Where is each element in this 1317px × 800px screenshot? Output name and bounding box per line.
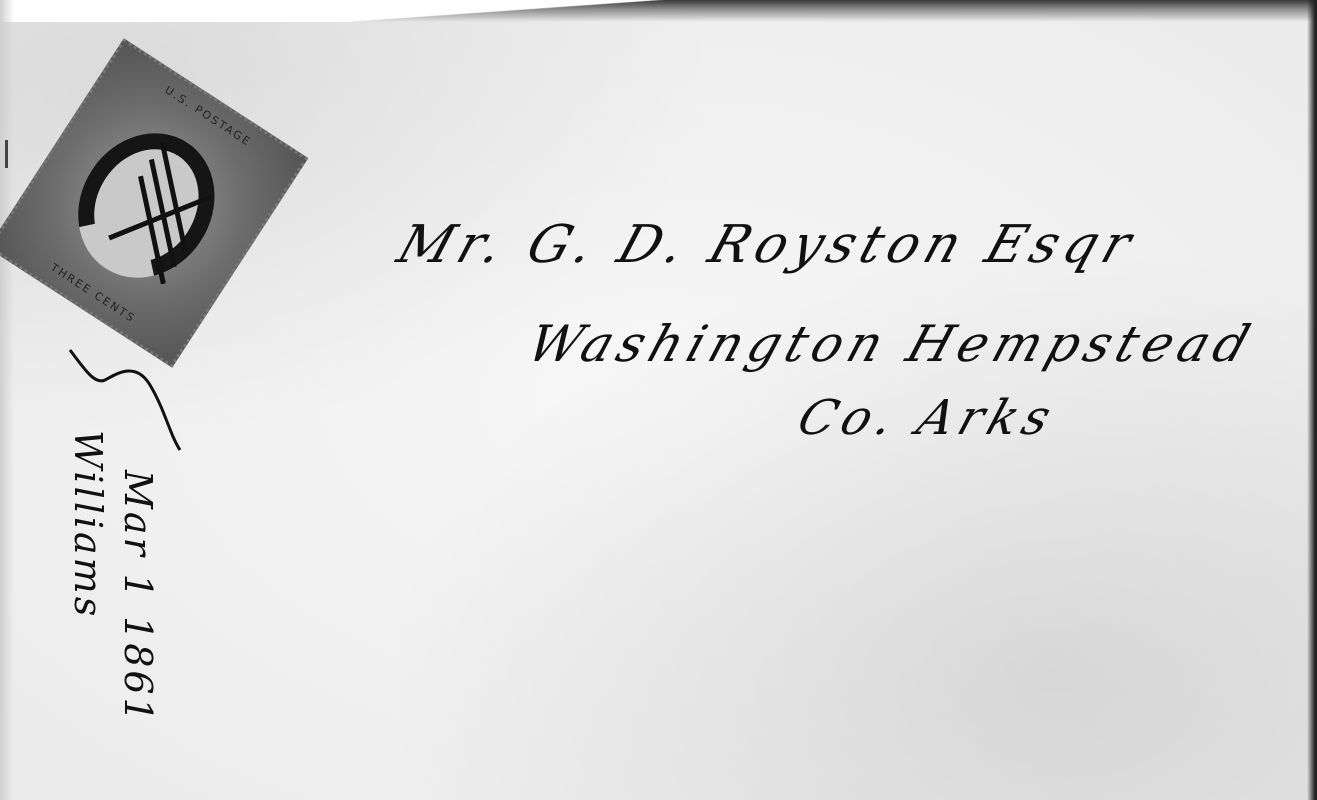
envelope: U.S. POSTAGE THREE CENTS Mar 1 1861 Will… xyxy=(0,0,1317,800)
address-line-state: Co. Arks xyxy=(791,390,1064,446)
address-line-name: Mr. G. D. Royston Esqr xyxy=(390,215,1144,275)
envelope-top-edge-shadow xyxy=(0,0,1317,22)
envelope-left-fold xyxy=(0,0,14,800)
docket-line-2: Williams xyxy=(66,430,110,619)
envelope-right-edge-shadow xyxy=(1307,0,1317,800)
address-line-town: Washington Hempstead xyxy=(521,315,1263,373)
postage-stamp: U.S. POSTAGE THREE CENTS xyxy=(0,38,308,367)
docket-line-1: Mar 1 1861 xyxy=(116,470,160,725)
pencil-tick-mark xyxy=(5,140,8,168)
